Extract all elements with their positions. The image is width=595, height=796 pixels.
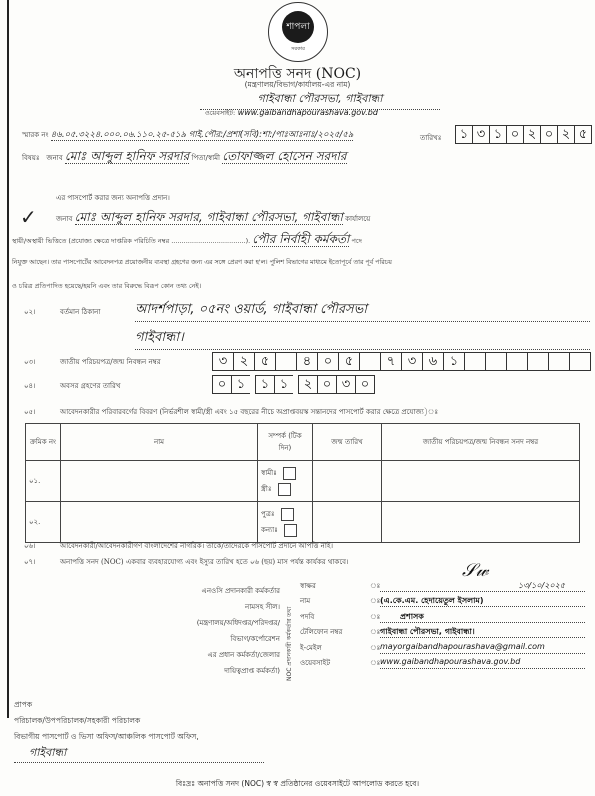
digit-box: ০ <box>317 352 338 371</box>
digit-box <box>485 352 506 371</box>
noc-officer-info-vertical: NOC প্রদানকারী কর্মকর্তার তথ্য <box>284 583 295 681</box>
address-line-1: আদর্শপাড়া, ০৫নং ওয়ার্ড, গাইবান্ধা পৌরস… <box>135 300 590 322</box>
son-checkbox[interactable] <box>281 508 294 521</box>
digit-box: ০ <box>317 375 336 394</box>
relation-label: পুত্রঃ <box>261 508 275 520</box>
signature-scribble: 𝒮𝓌 <box>462 560 488 581</box>
digit-box: ১ <box>255 375 274 394</box>
row-name <box>61 502 258 543</box>
row-dob <box>313 502 382 543</box>
relation-label: কন্যাঃ <box>261 524 278 536</box>
emblem-icon: শাপলা <box>282 11 314 43</box>
item-04-label: অবসর গ্রহণের তারিখ <box>60 380 120 392</box>
body-line-2-prefix: স্থায়ী/অস্থায়ী ভিত্তিতে (প্রযোজ্য ক্ষে… <box>12 237 169 245</box>
wife-checkbox[interactable] <box>278 483 291 496</box>
digit-box: ১ <box>231 375 250 394</box>
row-dob <box>313 461 382 502</box>
signatory-description: এনওসি প্রদানকারী কর্মকর্তার নামসহ সীল। (… <box>130 583 280 679</box>
digit-box: ২ <box>233 352 254 371</box>
website-row: ওয়েবসাইটঃ www.gaibandhapourashava.gov.b… <box>300 654 585 670</box>
digit-box: ০ <box>355 375 375 394</box>
item-02-number: ০২। <box>24 306 36 318</box>
retirement-date-boxes: ০১১১২০৩০ <box>212 375 375 394</box>
digit-box: ০ <box>212 375 231 394</box>
col-id: জাতীয় পরিচয়পত্র/জন্ম নিবন্ধন সনদ নম্বর <box>382 424 580 461</box>
body-suffix-1: কার্যালয়ে <box>345 215 370 223</box>
signature-date: ১৩/১০/২০২৫ <box>380 580 585 592</box>
relation-label: স্বামীঃ <box>261 467 277 479</box>
digit-box: ৫ <box>338 352 359 371</box>
nid-boxes: ৩২৫৪০৫৭৩৬১ <box>212 352 591 371</box>
office-name: গাইবান্ধা পৌরসভা, গাইবান্ধা <box>200 90 440 110</box>
subject-label: বিষয়ঃ <box>22 154 40 162</box>
daughter-checkbox[interactable] <box>284 524 297 537</box>
digit-box: ৬ <box>422 352 443 371</box>
address-field: আদর্শপাড়া, ০৫নং ওয়ার্ড, গাইবান্ধা পৌরস… <box>135 300 590 350</box>
email-row: ই-মেইলঃ mayorgaibandhapourashava@gmail.c… <box>300 638 585 654</box>
row-serial: ০১. <box>26 461 61 502</box>
noc-document-page: শাপলা সরকার অনাপত্তি সনদ (NOC) (মন্ত্রণা… <box>0 0 595 796</box>
table-row: ০২. পুত্রঃ কন্যাঃ <box>26 502 580 543</box>
body-name-office: মোঃ আব্দুল হানিফ সরদার, গাইবান্ধা পৌরসভা… <box>75 210 343 225</box>
item-02-label: বর্তমান ঠিকানা <box>60 306 100 318</box>
officer-email[interactable]: mayorgaibandhapourashava@gmail.com <box>380 642 585 654</box>
row-relation: পুত্রঃ কন্যাঃ <box>258 502 313 543</box>
digit-box <box>548 352 569 371</box>
digit-box: ৫ <box>254 352 275 371</box>
memo-label: স্মারক নং <box>22 131 49 139</box>
officer-name: (এ.কে.এম. হেদায়েতুল ইসলাম) <box>380 595 585 607</box>
designation: পৌর নির্বাহী কর্মকর্তা <box>252 232 349 247</box>
digit-box <box>527 352 548 371</box>
website-line: ওয়েবসাইট: www.gaibandhapourashava.gov.b… <box>205 108 378 119</box>
website-value: www.gaibandhapourashava.gov.bd <box>238 108 378 117</box>
husband-checkbox[interactable] <box>283 467 296 480</box>
table-row: ০১. স্বামীঃ স্ত্রীঃ <box>26 461 580 502</box>
checkmark-icon: ✓ <box>20 205 37 229</box>
address-line-2: গাইবান্ধা। <box>135 328 590 350</box>
body-line-2: স্থায়ী/অস্থায়ী ভিত্তিতে (প্রযোজ্য ক্ষে… <box>12 231 592 251</box>
subject-line: বিষয়ঃ জনাব মোঃ আব্দুল হানিফ সরদার পিতা/… <box>22 148 592 168</box>
digit-box: ২ <box>523 125 540 144</box>
digit-box: ১ <box>443 352 464 371</box>
col-relation: সম্পর্ক (টিক দিন) <box>258 424 313 461</box>
digit-box <box>464 352 485 371</box>
recipient-line-4: গাইবান্ধা <box>14 746 66 759</box>
item-07-label: অনাপত্তি সনদ (NOC) একবার ব্যবহারযোগ্য এব… <box>60 556 349 568</box>
digit-box: ১ <box>455 125 472 144</box>
digit-box: ০ <box>506 125 523 144</box>
officer-website[interactable]: www.gaibandhapourashava.gov.bd <box>380 657 585 669</box>
subject-janab: জনাব <box>46 154 62 162</box>
row-id <box>382 502 580 543</box>
item-06-label: আবেদনকারী/আবেদনকারীগণ বাংলাদেশের নাগরিক।… <box>60 540 333 552</box>
family-table-header: ক্রমিক নং নাম সম্পর্ক (টিক দিন) জন্ম তার… <box>26 424 580 461</box>
digit-box <box>359 352 380 371</box>
date-label: তারিখঃ <box>420 132 441 144</box>
digit-box <box>569 352 591 371</box>
row-relation: স্বামীঃ স্ত্রীঃ <box>258 461 313 502</box>
digit-box: ১ <box>489 125 506 144</box>
signatory-fields: স্বাক্ষরঃ ১৩/১০/২০২৫ নামঃ (এ.কে.এম. হেদা… <box>300 576 585 669</box>
digit-box: ২ <box>557 125 574 144</box>
memo-line: স্মারক নং ৪৬.০৫.৩২২৪.০০০.০৬.১১০.২৫-৫১৯ গ… <box>22 128 422 142</box>
phone-row: টেলিফোন নম্বরঃ গাইবান্ধা পৌরসভা, গাইবান্… <box>300 623 585 639</box>
name-row: নামঃ (এ.কে.এম. হেদায়েতুল ইসলাম) <box>300 592 585 608</box>
digit-box: ৪ <box>296 352 317 371</box>
digit-box: ৫ <box>574 125 592 144</box>
digit-box <box>506 352 527 371</box>
recipient-line-2: পরিচালক/উপপরিচালক/সহকারী পরিচালক <box>14 713 264 729</box>
col-dob: জন্ম তারিখ <box>313 424 382 461</box>
item-06-number: ০৬। <box>24 540 36 552</box>
item-03-number: ০৩। <box>24 356 36 368</box>
row-name <box>61 461 258 502</box>
item-03-label: জাতীয় পরিচয়পত্র/জন্ম নিবন্ধন নম্বর <box>60 356 161 368</box>
item-05-label: আবেদনকারীর পরিবারবর্গের বিবরণ (নির্ভরশীল… <box>60 406 438 418</box>
row-id <box>382 461 580 502</box>
relation-label: স্ত্রীঃ <box>261 483 272 495</box>
digit-box: ৭ <box>380 352 401 371</box>
memo-number: ৪৬.০৫.৩২২৪.০০০.০৬.১১০.২৫-৫১৯ গাই.পৌর:/প্… <box>51 130 354 141</box>
body-line-1: জনাব মোঃ আব্দুল হানিফ সরদার, গাইবান্ধা প… <box>56 209 591 229</box>
designation-row: পদবিঃ প্রশাসক <box>300 607 585 623</box>
officer-designation: প্রশাসক <box>380 611 585 623</box>
left-margin-rule <box>7 0 9 718</box>
item-07-number: ০৭। <box>24 556 36 568</box>
recipient-line-3: বিভাগীয় পাসপোর্ট ও ভিসা অফিস/আঞ্চলিক পা… <box>14 729 264 745</box>
seal-text: সরকার <box>269 46 327 54</box>
government-seal: শাপলা সরকার <box>268 2 328 62</box>
digit-box: ৩ <box>336 375 355 394</box>
recipient-block: প্রাপক পরিচালক/উপপরিচালক/সহকারী পরিচালক … <box>14 697 264 763</box>
applicant-name: মোঃ আব্দুল হানিফ সরদার <box>65 149 189 164</box>
website-label: ওয়েবসাইট: <box>205 109 235 117</box>
family-table: ক্রমিক নং নাম সম্পর্ক (টিক দিন) জন্ম তার… <box>25 423 580 543</box>
father-name: তোফাজ্জল হোসেন সরদার <box>222 149 346 164</box>
col-serial: ক্রমিক নং <box>26 424 61 461</box>
officer-office-stamp: গাইবান্ধা পৌরসভা, গাইবান্ধা। <box>380 626 585 638</box>
digit-box: ৩ <box>401 352 422 371</box>
subject-line-2: এর পাসপোর্ট করার জন্য অনাপত্তি প্রদান। <box>56 192 170 204</box>
signature-row: স্বাক্ষরঃ ১৩/১০/২০২৫ <box>300 576 585 592</box>
digit-box: ৩ <box>472 125 489 144</box>
digit-box: ৩ <box>212 352 233 371</box>
body-janab: জনাব <box>56 215 72 223</box>
body-suffix-2: পদে <box>351 237 361 245</box>
body-line-4: ও চরিত্র প্রতিপাদিত হয়েছে/হয়নি এবং তার… <box>12 281 592 292</box>
date-boxes: ১৩১০২০২৫ <box>455 125 592 144</box>
digit-box <box>275 352 296 371</box>
digit-box: ০ <box>540 125 557 144</box>
recipient-line-1: প্রাপক <box>14 697 264 713</box>
father-label: পিতা/স্বামী <box>191 154 220 162</box>
row-serial: ০২. <box>26 502 61 543</box>
col-name: নাম <box>61 424 258 461</box>
item-05-number: ০৫। <box>24 406 36 418</box>
item-04-number: ০৪। <box>24 380 36 392</box>
footer-note: বিঃদ্রঃ অনাপত্তি সনদ (NOC) স্ব স্ব প্রতি… <box>0 779 595 791</box>
digit-box: ২ <box>298 375 317 394</box>
body-line-3: নিযুক্ত আছেন। তার পাসপোর্টের আবেদনপত্র প… <box>12 257 592 268</box>
digit-box: ১ <box>274 375 293 394</box>
